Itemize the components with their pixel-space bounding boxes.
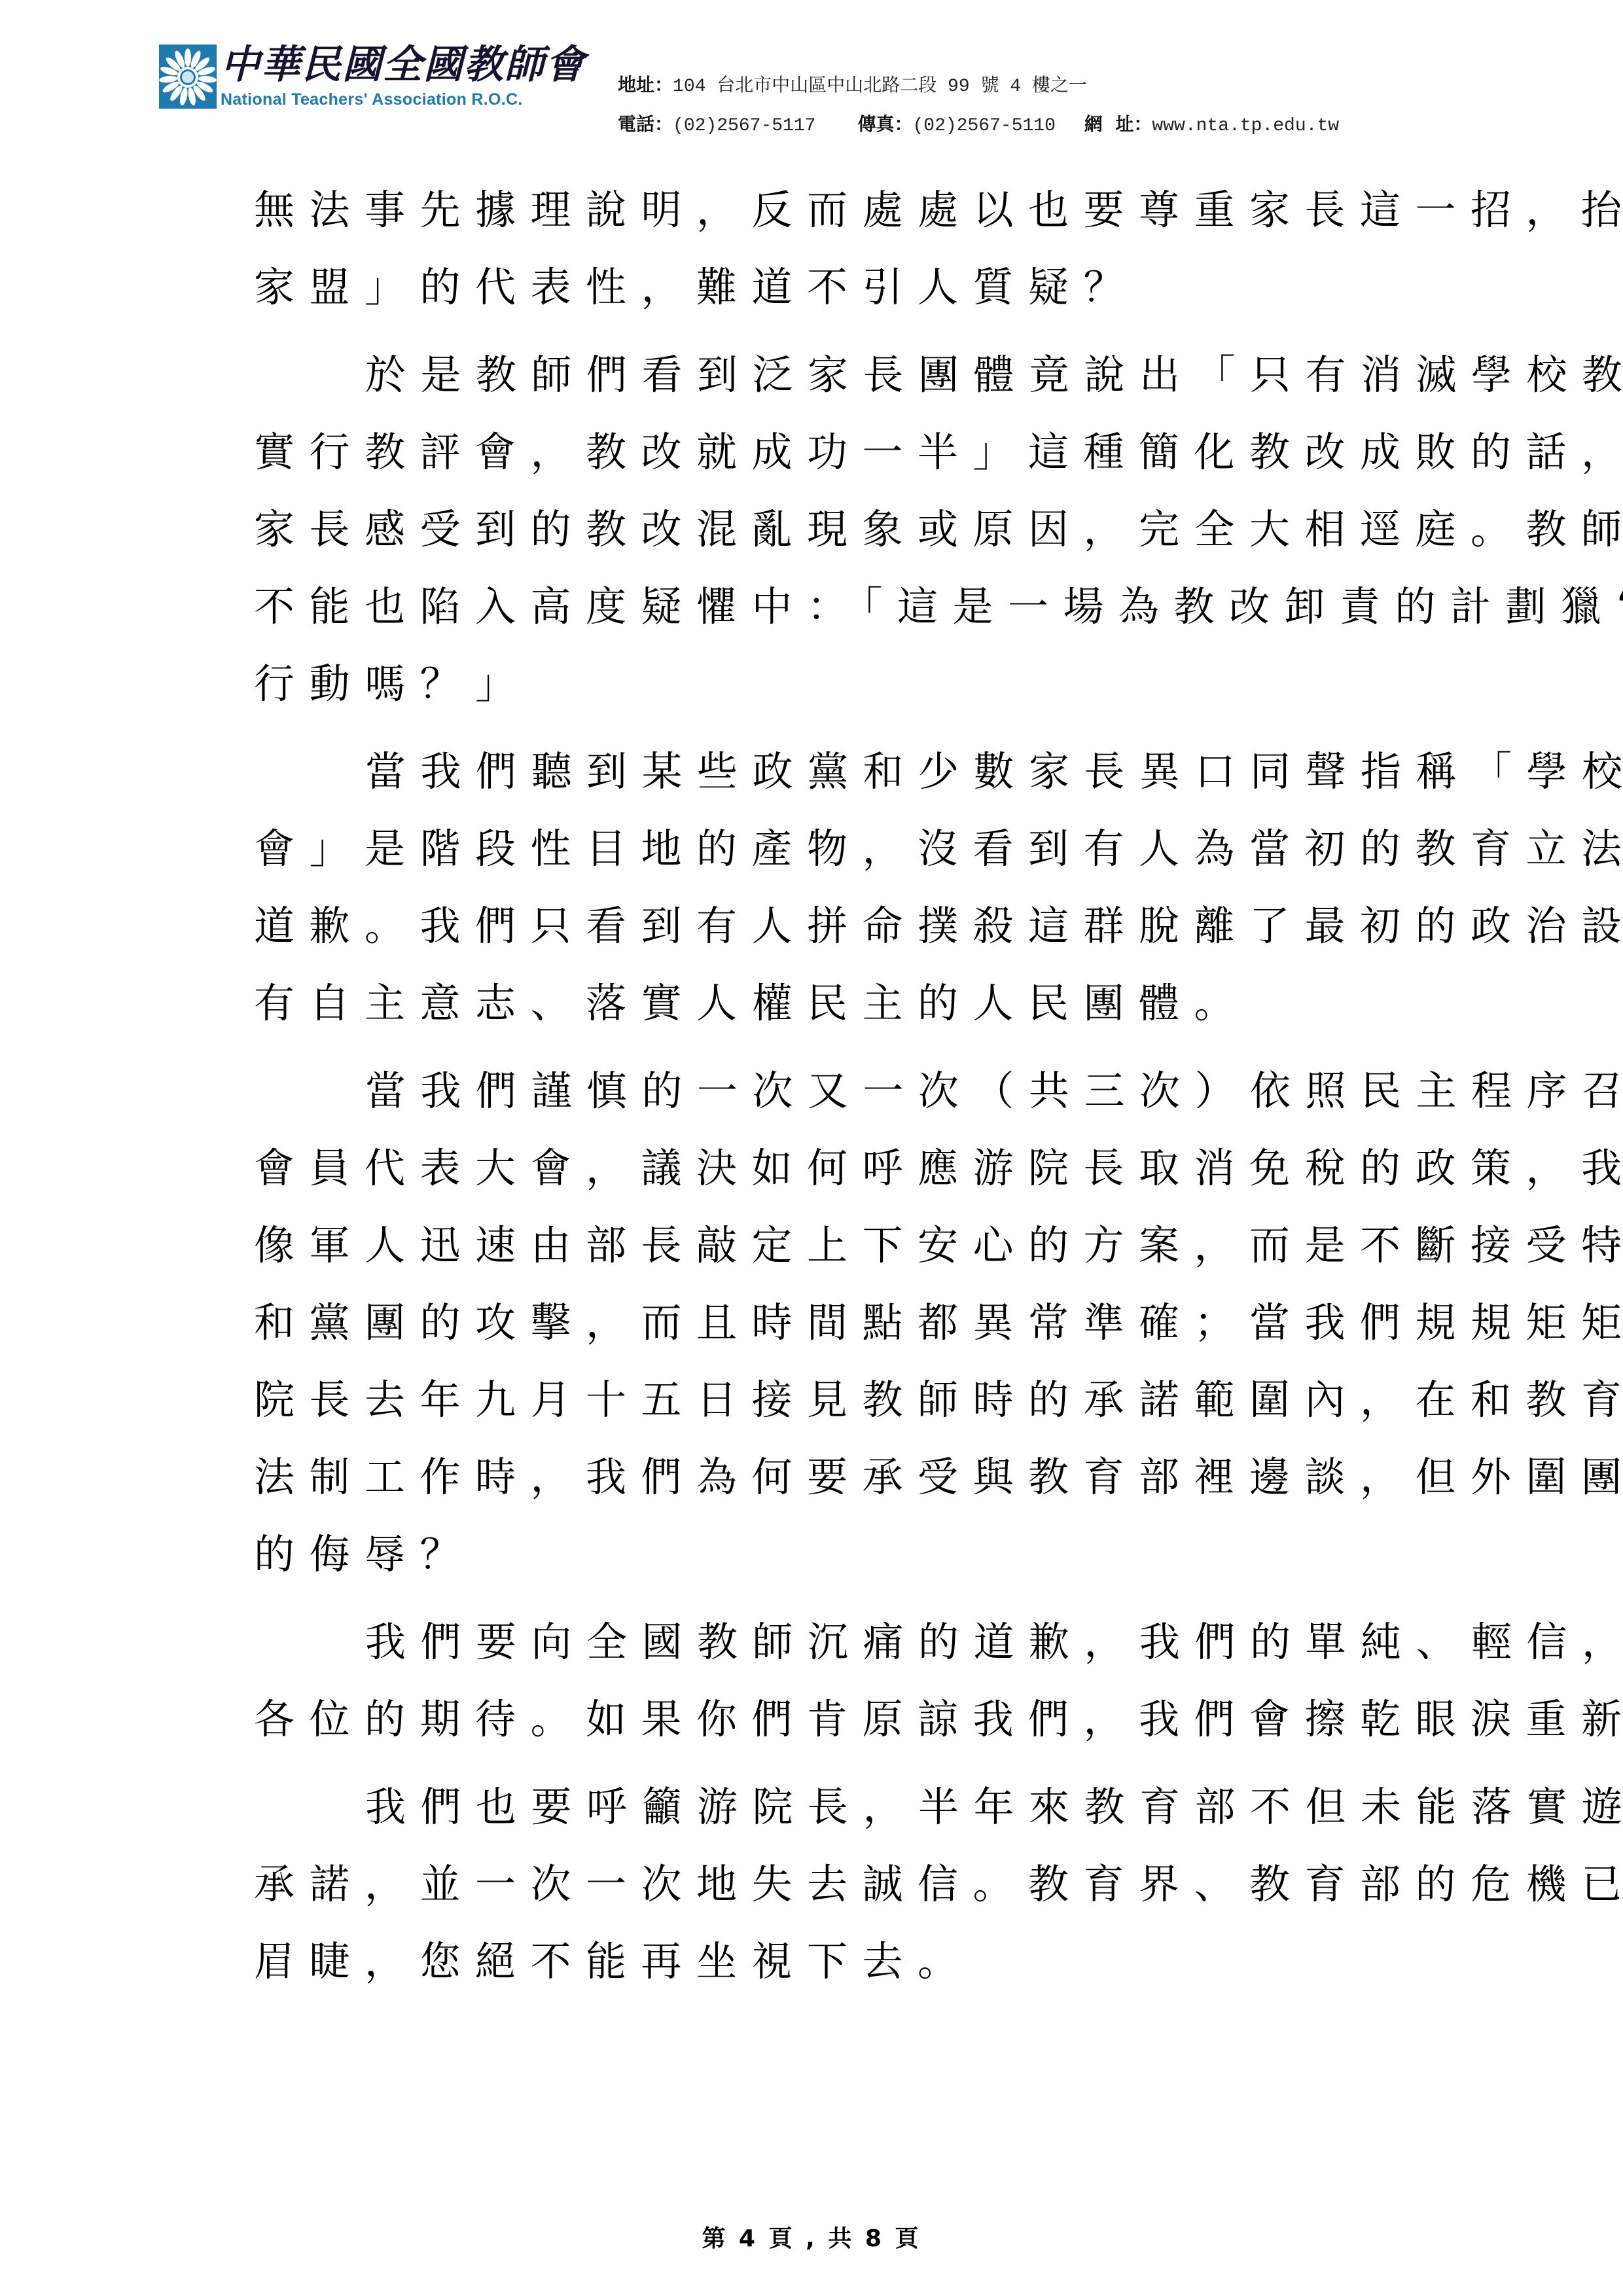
text-line: 承諾，並一次一次地失去誠信。教育界、教育部的危機已經迫在: [254, 1846, 1484, 1923]
paragraph: 於是教師們看到泛家長團體竟說出「只有消滅學校教師會和 實行教評會，教改就成功一半…: [254, 336, 1484, 723]
organization-name-chinese: 中華民國全國教師會: [221, 45, 586, 85]
text-line: 各位的期待。如果你們肯原諒我們，我們會擦乾眼淚重新出發。: [254, 1681, 1484, 1758]
text-line: 我們要向全國教師沉痛的道歉，我們的單純、輕信，辜負了: [254, 1604, 1484, 1681]
phone-value: (02)2567-5117: [673, 116, 815, 136]
address-row: 地址：104 台北市中山區中山北路二段 99 號 4 樓之一: [618, 65, 1339, 105]
fax-label: 傳真：: [857, 113, 912, 135]
website-label: 網 址：: [1084, 113, 1152, 135]
text-line: 行動嗎？」: [254, 645, 1484, 723]
text-line: 道歉。我們只看到有人拼命撲殺這群脫離了最初的政治設定；而: [254, 888, 1484, 965]
paragraph: 無法事先據理說明，反而處處以也要尊重家長這一招，抬高「全 家盟」的代表性，難道不…: [254, 171, 1484, 326]
text-line: 當我們謹慎的一次又一次（共三次）依照民主程序召開全體: [254, 1052, 1484, 1130]
text-line: 會員代表大會，議決如何呼應游院長取消免稅的政策，我們不是: [254, 1130, 1484, 1207]
text-line: 的侮辱？: [254, 1516, 1484, 1593]
text-line: 有自主意志、落實人權民主的人民團體。: [254, 965, 1484, 1042]
address-value: 104 台北市中山區中山北路二段 99 號 4 樓之一: [673, 77, 1087, 97]
text-line: 無法事先據理說明，反而處處以也要尊重家長這一招，抬高「全: [254, 171, 1484, 249]
text-line: 和黨團的攻擊，而且時間點都異常準確；當我們規規矩矩依照游: [254, 1284, 1484, 1361]
sunflower-emblem-icon: [159, 45, 217, 109]
fax-value: (02)2567-5110: [912, 116, 1055, 136]
text-line: 家盟」的代表性，難道不引人質疑？: [254, 249, 1484, 326]
text-line: 當我們聽到某些政黨和少數家長異口同聲指稱「學校教師: [254, 733, 1484, 810]
phone-label: 電話：: [618, 113, 673, 135]
document-body: 無法事先據理說明，反而處處以也要尊重家長這一招，抬高「全 家盟」的代表性，難道不…: [254, 171, 1484, 2000]
paragraph: 我們要向全國教師沉痛的道歉，我們的單純、輕信，辜負了 各位的期待。如果你們肯原諒…: [254, 1604, 1484, 1758]
phone-fax-web-row: 電話：(02)2567-5117傳真：(02)2567-5110網 址：www.…: [618, 105, 1339, 144]
paragraph: 當我們謹慎的一次又一次（共三次）依照民主程序召開全體 會員代表大會，議決如何呼應…: [254, 1052, 1484, 1593]
text-line: 家長感受到的教改混亂現象或原因，完全大相逕庭。教師們怎麼: [254, 491, 1484, 568]
text-line: 實行教評會，教改就成功一半」這種簡化教改成敗的話，和廣大: [254, 414, 1484, 491]
text-line: 院長去年九月十五日接見教師時的承諾範圍內，在和教育部進行: [254, 1361, 1484, 1439]
paragraph: 當我們聽到某些政黨和少數家長異口同聲指稱「學校教師 會」是階段性目地的產物，沒看…: [254, 733, 1484, 1042]
website-value: www.nta.tp.edu.tw: [1152, 116, 1339, 136]
text-line: 像軍人迅速由部長敲定上下安心的方案，而是不斷接受特定團體: [254, 1207, 1484, 1284]
text-line: 於是教師們看到泛家長團體竟說出「只有消滅學校教師會和: [254, 336, 1484, 414]
text-line: 我們也要呼籲游院長，半年來教育部不但未能落實遊行前的: [254, 1768, 1484, 1846]
organization-logo: 中華民國全國教師會 National Teachers' Association…: [159, 45, 586, 109]
contact-info: 地址：104 台北市中山區中山北路二段 99 號 4 樓之一 電話：(02)25…: [618, 65, 1339, 144]
letterhead: 中華民國全國教師會 National Teachers' Association…: [0, 0, 1623, 131]
text-line: 不能也陷入高度疑懼中：「這是一場為教改卸責的計劃獵“師”: [254, 568, 1484, 645]
text-line: 眉睫，您絕不能再坐視下去。: [254, 1923, 1484, 2000]
paragraph: 我們也要呼籲游院長，半年來教育部不但未能落實遊行前的 承諾，並一次一次地失去誠信…: [254, 1768, 1484, 2000]
organization-name-english: National Teachers' Association R.O.C.: [221, 90, 586, 109]
text-line: 會」是階段性目地的產物，沒看到有人為當初的教育立法政治化: [254, 810, 1484, 888]
page-indicator: 第 4 頁 , 共 8 頁: [0, 2220, 1623, 2253]
text-line: 法制工作時，我們為何要承受與教育部裡邊談，但外圍團體猛打: [254, 1439, 1484, 1516]
address-label: 地址：: [618, 74, 673, 96]
